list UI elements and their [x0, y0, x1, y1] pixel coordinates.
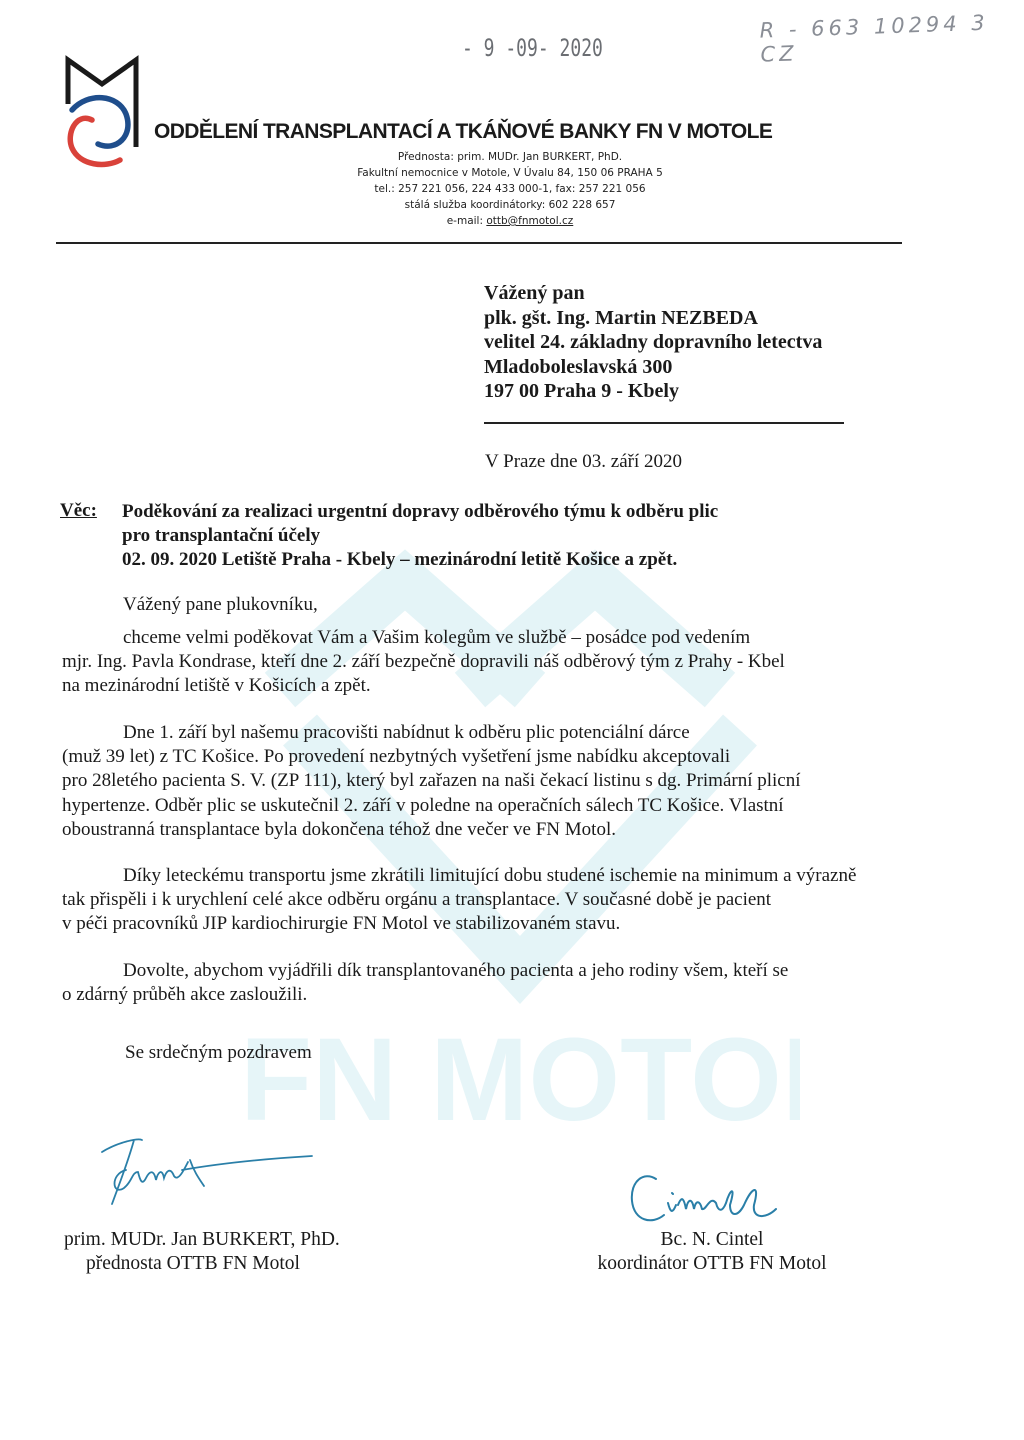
received-date-stamp: - 9 -09- 2020: [462, 34, 603, 62]
subject-line-2: pro transplantační účely: [122, 524, 718, 548]
signature-burkert: [98, 1132, 328, 1212]
signatory-coordinator: Bc. N. Cintel koordinátor OTTB FN Motol: [588, 1228, 836, 1276]
coordinator-phone: stálá služba koordinátorky: 602 228 657: [330, 197, 690, 213]
recipient-city: 197 00 Praha 9 - Kbely: [484, 379, 822, 404]
head-of-department: Přednosta: prim. MUDr. Jan BURKERT, PhD.: [330, 149, 690, 165]
email-line: e-mail: ottb@fnmotol.cz: [330, 213, 690, 229]
paragraph-gratitude: Dovolte, abychom vyjádřili dík transplan…: [62, 959, 962, 1007]
recipient-street: Mladoboleslavská 300: [484, 355, 822, 380]
signatory-head: prim. MUDr. Jan BURKERT, PhD. přednosta …: [64, 1228, 340, 1276]
fn-motol-logo-icon: [58, 52, 150, 170]
signatory-head-role: přednosta OTTB FN Motol: [64, 1252, 340, 1276]
closing: Se srdečným pozdravem: [125, 1042, 312, 1064]
signatory-head-name: prim. MUDr. Jan BURKERT, PhD.: [64, 1228, 340, 1252]
greeting: Vážený pane plukovníku,: [123, 594, 318, 616]
subject-text: Poděkování za realizaci urgentní dopravy…: [122, 500, 718, 572]
watermark-text: FN MOTOL: [240, 1014, 800, 1140]
letterhead-contact: Přednosta: prim. MUDr. Jan BURKERT, PhD.…: [330, 149, 690, 229]
paragraph-transport: Díky leteckému transportu jsme zkrátili …: [62, 864, 962, 937]
subject-label: Věc:: [60, 500, 97, 522]
signature-cintel: [626, 1165, 786, 1233]
email-link[interactable]: ottb@fnmotol.cz: [486, 215, 573, 227]
organization-name: ODDĚLENÍ TRANSPLANTACÍ A TKÁŇOVÉ BANKY F…: [154, 120, 772, 144]
recipient-divider: [484, 422, 844, 424]
phone-fax: tel.: 257 221 056, 224 433 000-1, fax: 2…: [330, 181, 690, 197]
paragraph-thanks: chceme velmi poděkovat Vám a Vašim koleg…: [62, 626, 962, 699]
subject-line-3: 02. 09. 2020 Letiště Praha - Kbely – mez…: [122, 548, 718, 572]
signatory-coordinator-role: koordinátor OTTB FN Motol: [588, 1252, 836, 1276]
recipient-address: Vážený pan plk. gšt. Ing. Martin NEZBEDA…: [484, 281, 822, 404]
letterhead-divider: [56, 242, 902, 244]
email-label: e-mail:: [447, 215, 487, 227]
hospital-address: Fakultní nemocnice v Motole, V Úvalu 84,…: [330, 165, 690, 181]
recipient-name: plk. gšt. Ing. Martin NEZBEDA: [484, 306, 822, 331]
paragraph-case: Dne 1. září byl našemu pracovišti nabídn…: [62, 721, 962, 842]
recipient-salutation: Vážený pan: [484, 281, 822, 306]
handwritten-reference: R - 663 10294 3 CZ: [759, 9, 1024, 66]
place-and-date: V Praze dne 03. září 2020: [485, 451, 682, 473]
recipient-position: velitel 24. základny dopravního letectva: [484, 330, 822, 355]
subject-line-1: Poděkování za realizaci urgentní dopravy…: [122, 500, 718, 524]
signatory-coordinator-name: Bc. N. Cintel: [588, 1228, 836, 1252]
